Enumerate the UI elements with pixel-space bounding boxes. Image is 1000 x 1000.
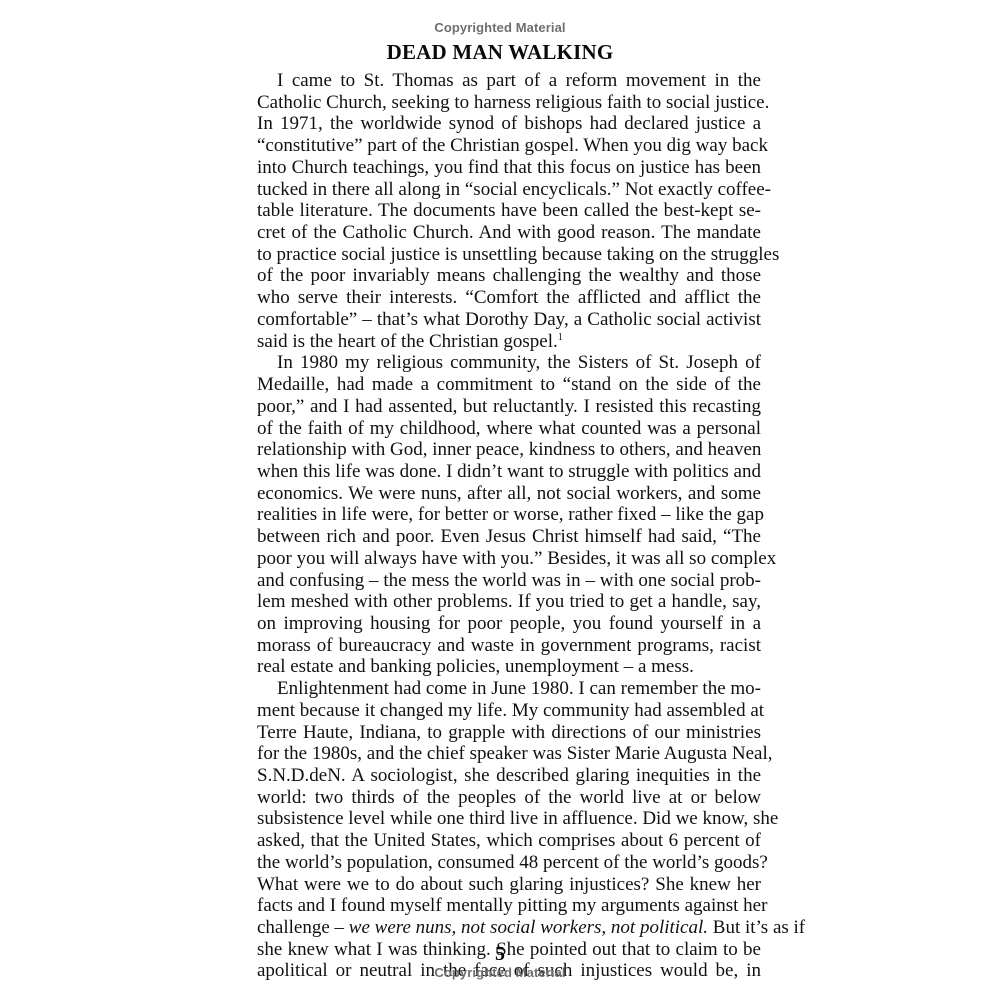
text-line: real estate and banking policies, unempl… — [257, 656, 761, 678]
text-line: facts and I found myself mentally pittin… — [257, 895, 761, 917]
text-line: comfortable” – that’s what Dorothy Day, … — [257, 309, 761, 331]
text-line: ment because it changed my life. My comm… — [257, 700, 761, 722]
text-line: poor,” and I had assented, but reluctant… — [257, 396, 761, 418]
text-line: I came to St. Thomas as part of a reform… — [257, 70, 761, 92]
page-title: DEAD MAN WALKING — [0, 40, 1000, 65]
text-line: into Church teachings, you find that thi… — [257, 157, 761, 179]
copyright-watermark-top: Copyrighted Material — [0, 20, 1000, 35]
text-line: Medaille, had made a commitment to “stan… — [257, 374, 761, 396]
text-line: when this life was done. I didn’t want t… — [257, 461, 761, 483]
text-line: the world’s population, consumed 48 perc… — [257, 852, 761, 874]
text-line: realities in life were, for better or wo… — [257, 504, 761, 526]
text-line: morass of bureaucracy and waste in gover… — [257, 635, 761, 657]
page-number: 5 — [0, 943, 1000, 966]
copyright-watermark-bottom: Copyrighted Material — [0, 965, 1000, 980]
text-line: subsistence level while one third live i… — [257, 808, 761, 830]
text-line: “constitutive” part of the Christian gos… — [257, 135, 761, 157]
text-line: In 1971, the worldwide synod of bishops … — [257, 113, 761, 135]
text-line: lem meshed with other problems. If you t… — [257, 591, 761, 613]
text-line: Terre Haute, Indiana, to grapple with di… — [257, 722, 761, 744]
text-line: for the 1980s, and the chief speaker was… — [257, 743, 761, 765]
text-line: of the poor invariably means challenging… — [257, 265, 761, 287]
text-line: relationship with God, inner peace, kind… — [257, 439, 761, 461]
text-line: tucked in there all along in “social enc… — [257, 179, 761, 201]
text-line: world: two thirds of the peoples of the … — [257, 787, 761, 809]
text-line: table literature. The documents have bee… — [257, 200, 761, 222]
italic-emphasis: we were nuns, not social workers, not po… — [349, 917, 708, 938]
footnote-marker[interactable]: 1 — [558, 332, 563, 343]
text-line-with-footnote: said is the heart of the Christian gospe… — [257, 331, 761, 353]
text-line: cret of the Catholic Church. And with go… — [257, 222, 761, 244]
text-line: on improving housing for poor people, yo… — [257, 613, 761, 635]
text-line: S.N.D.deN. A sociologist, she described … — [257, 765, 761, 787]
text-line-with-italic: challenge – we were nuns, not social wor… — [257, 917, 761, 939]
text-line: between rich and poor. Even Jesus Christ… — [257, 526, 761, 548]
text-line: asked, that the United States, which com… — [257, 830, 761, 852]
text-segment: But it’s as if — [708, 917, 805, 938]
text-line: and confusing – the mess the world was i… — [257, 570, 761, 592]
text-line: economics. We were nuns, after all, not … — [257, 483, 761, 505]
text-line: Enlightenment had come in June 1980. I c… — [257, 678, 761, 700]
text-line: In 1980 my religious community, the Sist… — [257, 352, 761, 374]
text-segment: challenge – — [257, 917, 349, 938]
text-line: poor you will always have with you.” Bes… — [257, 548, 761, 570]
text-line-content: said is the heart of the Christian gospe… — [257, 331, 558, 352]
body-text: I came to St. Thomas as part of a reform… — [257, 70, 761, 982]
text-line: to practice social justice is unsettling… — [257, 244, 761, 266]
text-line: Catholic Church, seeking to harness reli… — [257, 92, 761, 114]
text-line: What were we to do about such glaring in… — [257, 874, 761, 896]
text-line: who serve their interests. “Comfort the … — [257, 287, 761, 309]
text-line: of the faith of my childhood, where what… — [257, 418, 761, 440]
